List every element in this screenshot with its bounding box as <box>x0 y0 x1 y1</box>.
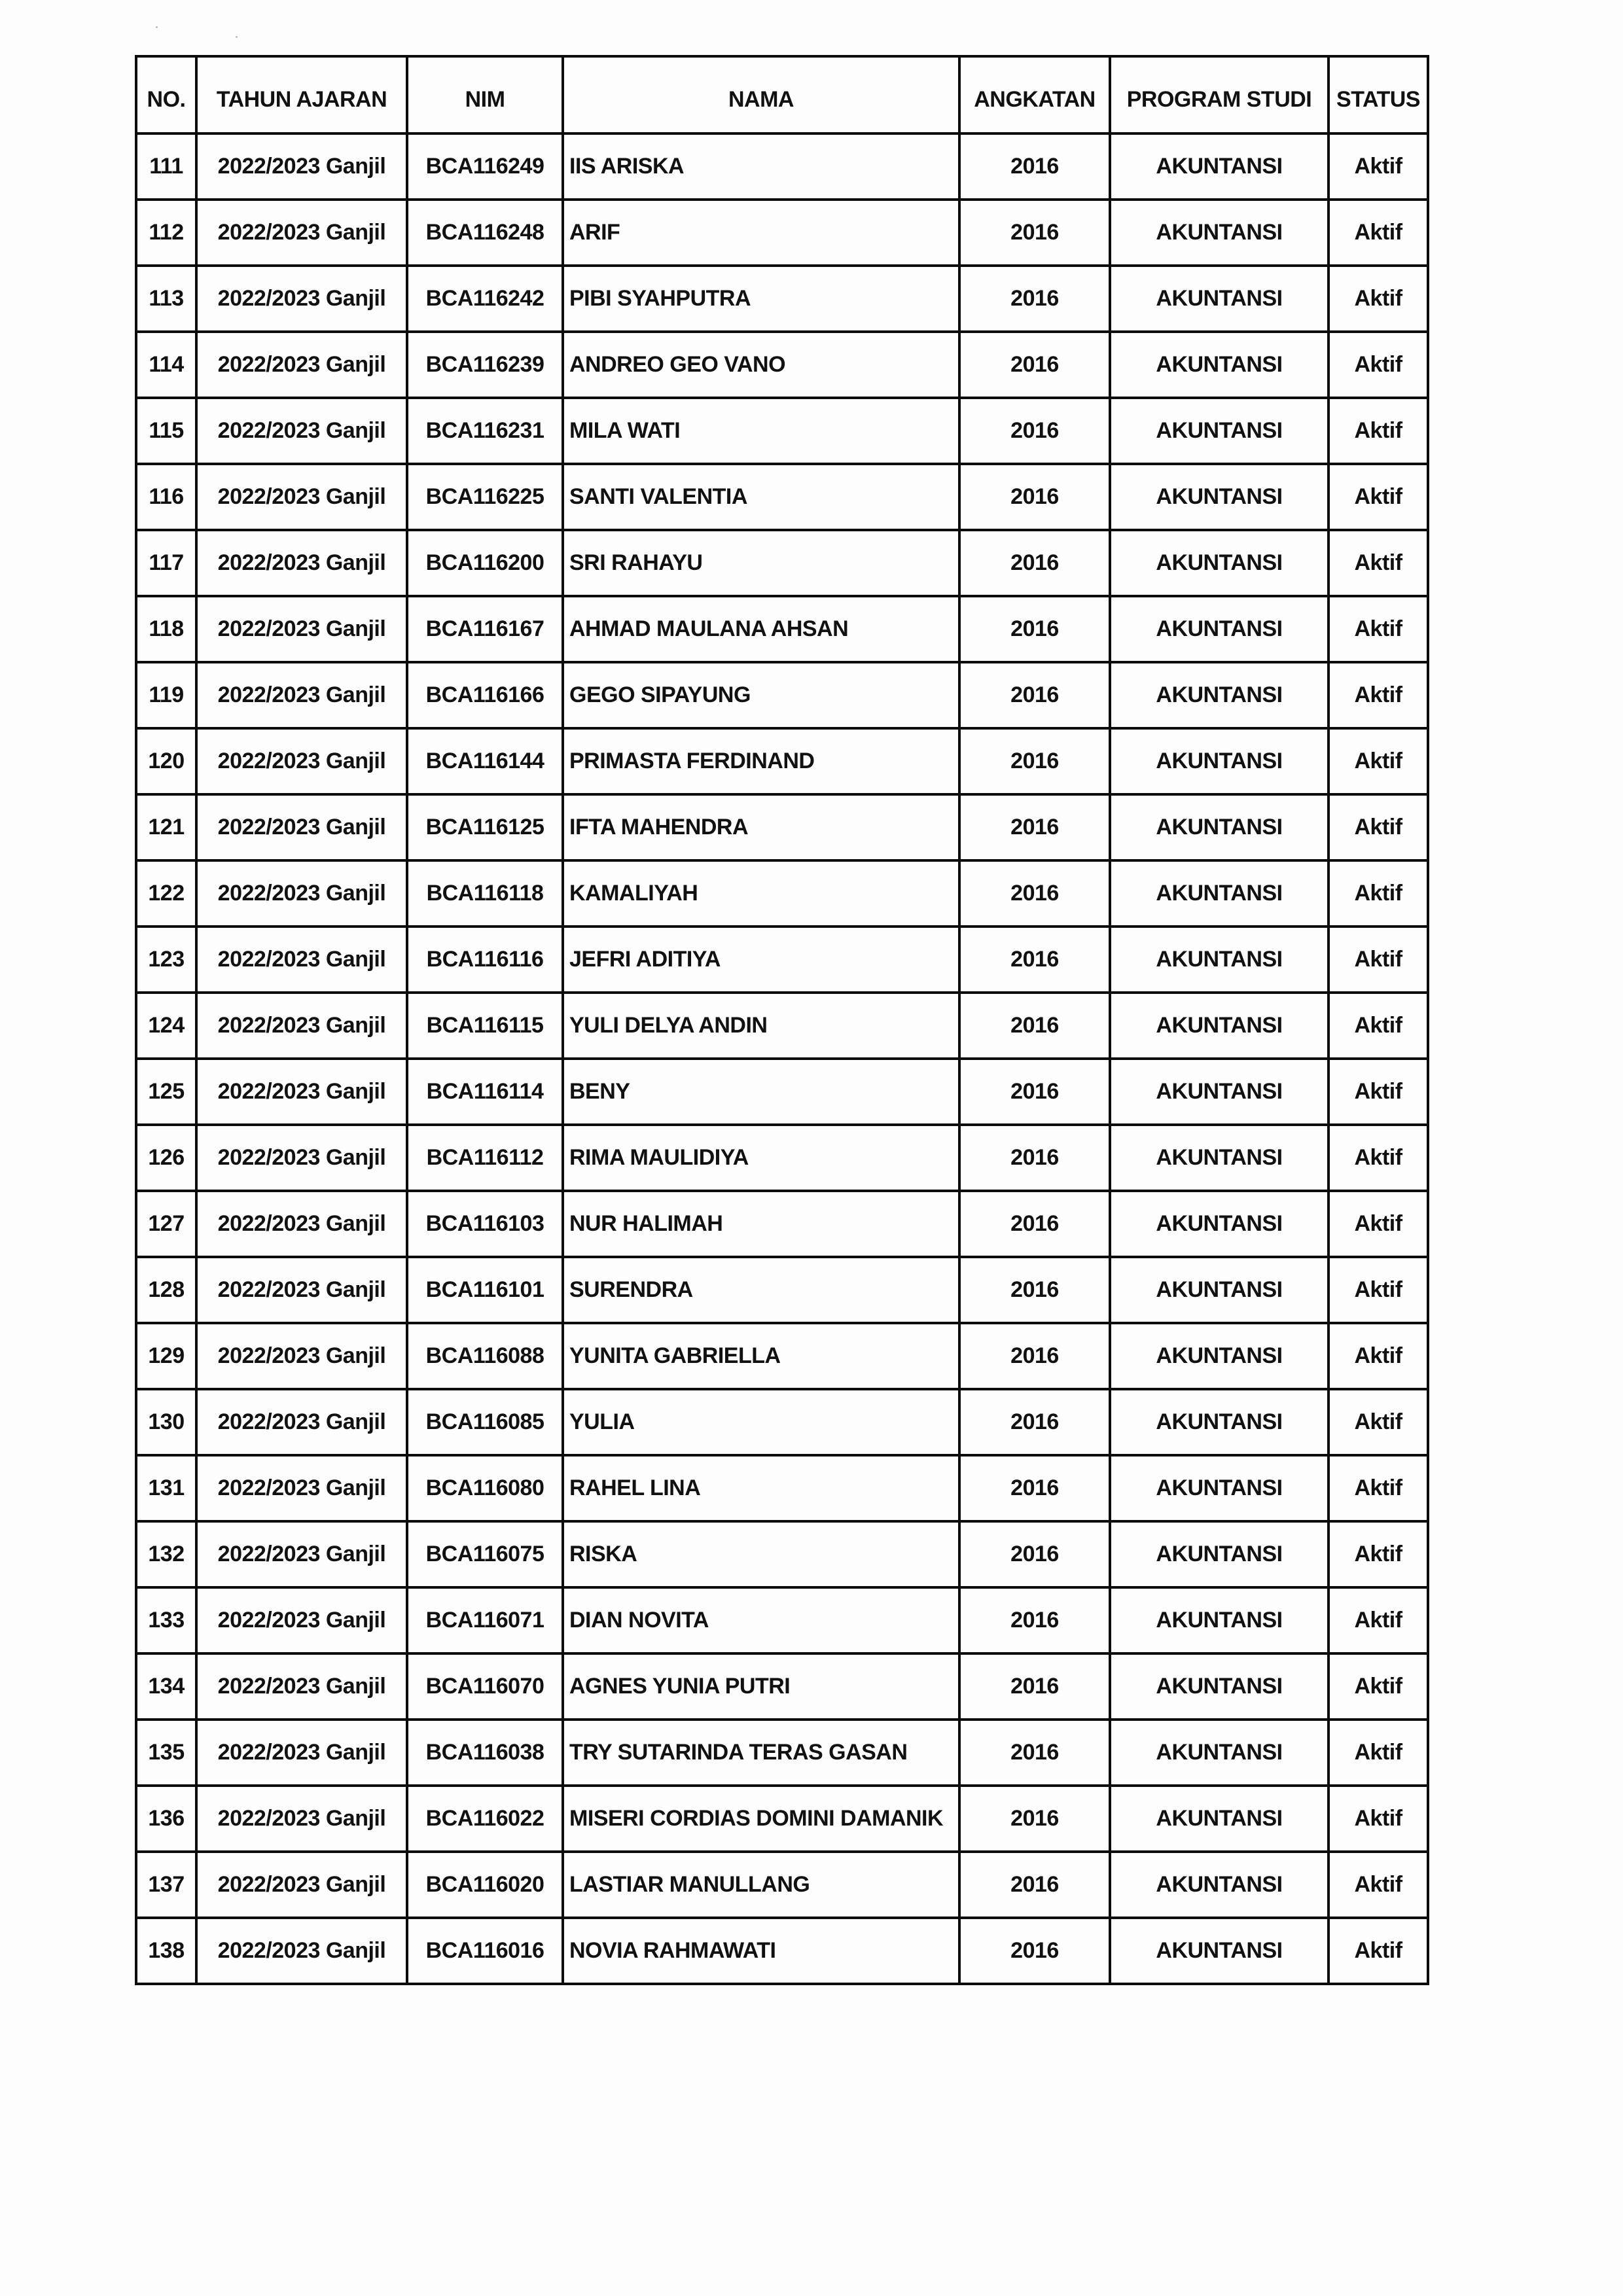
cell-program-studi: AKUNTANSI <box>1110 1257 1329 1323</box>
cell-program-studi: AKUNTANSI <box>1110 927 1329 993</box>
cell-nim: BCA116116 <box>407 927 563 993</box>
cell-no: 114 <box>136 332 196 398</box>
cell-program-studi: AKUNTANSI <box>1110 1059 1329 1125</box>
cell-program-studi: AKUNTANSI <box>1110 200 1329 266</box>
cell-status: Aktif <box>1329 398 1428 464</box>
cell-status: Aktif <box>1329 662 1428 728</box>
cell-nim: BCA116103 <box>407 1191 563 1257</box>
header-no: NO. <box>136 56 196 133</box>
scan-speck <box>156 26 158 28</box>
cell-nama: SANTI VALENTIA <box>563 464 959 530</box>
cell-nama: YULIA <box>563 1389 959 1455</box>
cell-angkatan: 2016 <box>959 133 1110 200</box>
cell-status: Aktif <box>1329 860 1428 927</box>
cell-nim: BCA116242 <box>407 266 563 332</box>
cell-angkatan: 2016 <box>959 1191 1110 1257</box>
table-row: 1182022/2023 GanjilBCA116167AHMAD MAULAN… <box>136 596 1428 662</box>
cell-program-studi: AKUNTANSI <box>1110 398 1329 464</box>
cell-no: 131 <box>136 1455 196 1521</box>
cell-nama: SRI RAHAYU <box>563 530 959 596</box>
cell-nama: MISERI CORDIAS DOMINI DAMANIK <box>563 1786 959 1852</box>
cell-nama: YUNITA GABRIELLA <box>563 1323 959 1389</box>
cell-nama: RIMA MAULIDIYA <box>563 1125 959 1191</box>
table-row: 1122022/2023 GanjilBCA116248ARIF2016AKUN… <box>136 200 1428 266</box>
cell-program-studi: AKUNTANSI <box>1110 1521 1329 1587</box>
cell-nim: BCA116088 <box>407 1323 563 1389</box>
cell-program-studi: AKUNTANSI <box>1110 332 1329 398</box>
cell-angkatan: 2016 <box>959 596 1110 662</box>
cell-status: Aktif <box>1329 1125 1428 1191</box>
cell-angkatan: 2016 <box>959 1455 1110 1521</box>
cell-nim: BCA116239 <box>407 332 563 398</box>
cell-tahun-ajaran: 2022/2023 Ganjil <box>196 1587 407 1653</box>
cell-angkatan: 2016 <box>959 1389 1110 1455</box>
header-nim: NIM <box>407 56 563 133</box>
cell-no: 132 <box>136 1521 196 1587</box>
cell-nim: BCA116022 <box>407 1786 563 1852</box>
cell-nim: BCA116118 <box>407 860 563 927</box>
cell-no: 130 <box>136 1389 196 1455</box>
cell-status: Aktif <box>1329 530 1428 596</box>
cell-nim: BCA116248 <box>407 200 563 266</box>
cell-nama: GEGO SIPAYUNG <box>563 662 959 728</box>
cell-program-studi: AKUNTANSI <box>1110 1653 1329 1720</box>
cell-program-studi: AKUNTANSI <box>1110 1455 1329 1521</box>
table-row: 1172022/2023 GanjilBCA116200SRI RAHAYU20… <box>136 530 1428 596</box>
cell-status: Aktif <box>1329 1191 1428 1257</box>
cell-nim: BCA116016 <box>407 1918 563 1984</box>
table-row: 1222022/2023 GanjilBCA116118KAMALIYAH201… <box>136 860 1428 927</box>
scanned-page: NO. TAHUN AJARAN NIM NAMA ANGKATAN PROGR… <box>0 0 1623 2296</box>
cell-tahun-ajaran: 2022/2023 Ganjil <box>196 1257 407 1323</box>
table-row: 1152022/2023 GanjilBCA116231MILA WATI201… <box>136 398 1428 464</box>
table-row: 1162022/2023 GanjilBCA116225SANTI VALENT… <box>136 464 1428 530</box>
cell-status: Aktif <box>1329 464 1428 530</box>
table-row: 1132022/2023 GanjilBCA116242PIBI SYAHPUT… <box>136 266 1428 332</box>
header-angkatan: ANGKATAN <box>959 56 1110 133</box>
cell-program-studi: AKUNTANSI <box>1110 1191 1329 1257</box>
cell-tahun-ajaran: 2022/2023 Ganjil <box>196 1852 407 1918</box>
cell-status: Aktif <box>1329 1521 1428 1587</box>
cell-nim: BCA116080 <box>407 1455 563 1521</box>
cell-program-studi: AKUNTANSI <box>1110 1852 1329 1918</box>
table-row: 1142022/2023 GanjilBCA116239ANDREO GEO V… <box>136 332 1428 398</box>
cell-nim: BCA116020 <box>407 1852 563 1918</box>
cell-status: Aktif <box>1329 1323 1428 1389</box>
cell-program-studi: AKUNTANSI <box>1110 1587 1329 1653</box>
cell-status: Aktif <box>1329 993 1428 1059</box>
cell-no: 112 <box>136 200 196 266</box>
header-status: STATUS <box>1329 56 1428 133</box>
cell-no: 126 <box>136 1125 196 1191</box>
cell-nim: BCA116200 <box>407 530 563 596</box>
cell-nama: ANDREO GEO VANO <box>563 332 959 398</box>
table-row: 1202022/2023 GanjilBCA116144PRIMASTA FER… <box>136 728 1428 794</box>
cell-tahun-ajaran: 2022/2023 Ganjil <box>196 1918 407 1984</box>
cell-no: 129 <box>136 1323 196 1389</box>
cell-angkatan: 2016 <box>959 794 1110 860</box>
cell-tahun-ajaran: 2022/2023 Ganjil <box>196 266 407 332</box>
cell-program-studi: AKUNTANSI <box>1110 728 1329 794</box>
cell-nim: BCA116167 <box>407 596 563 662</box>
table-row: 1322022/2023 GanjilBCA116075RISKA2016AKU… <box>136 1521 1428 1587</box>
cell-status: Aktif <box>1329 1389 1428 1455</box>
cell-no: 134 <box>136 1653 196 1720</box>
cell-angkatan: 2016 <box>959 860 1110 927</box>
cell-tahun-ajaran: 2022/2023 Ganjil <box>196 993 407 1059</box>
cell-tahun-ajaran: 2022/2023 Ganjil <box>196 728 407 794</box>
cell-tahun-ajaran: 2022/2023 Ganjil <box>196 1125 407 1191</box>
cell-no: 113 <box>136 266 196 332</box>
cell-no: 118 <box>136 596 196 662</box>
cell-tahun-ajaran: 2022/2023 Ganjil <box>196 927 407 993</box>
student-roster-table-wrapper: NO. TAHUN AJARAN NIM NAMA ANGKATAN PROGR… <box>135 55 1427 1985</box>
cell-status: Aktif <box>1329 332 1428 398</box>
cell-no: 128 <box>136 1257 196 1323</box>
cell-status: Aktif <box>1329 1918 1428 1984</box>
cell-program-studi: AKUNTANSI <box>1110 860 1329 927</box>
cell-program-studi: AKUNTANSI <box>1110 1720 1329 1786</box>
cell-status: Aktif <box>1329 1587 1428 1653</box>
student-roster-table: NO. TAHUN AJARAN NIM NAMA ANGKATAN PROGR… <box>135 55 1429 1985</box>
cell-no: 111 <box>136 133 196 200</box>
cell-nama: AHMAD MAULANA AHSAN <box>563 596 959 662</box>
cell-nim: BCA116114 <box>407 1059 563 1125</box>
cell-program-studi: AKUNTANSI <box>1110 794 1329 860</box>
cell-no: 121 <box>136 794 196 860</box>
cell-nama: BENY <box>563 1059 959 1125</box>
cell-angkatan: 2016 <box>959 662 1110 728</box>
cell-status: Aktif <box>1329 927 1428 993</box>
cell-status: Aktif <box>1329 1653 1428 1720</box>
cell-nim: BCA116125 <box>407 794 563 860</box>
cell-nama: KAMALIYAH <box>563 860 959 927</box>
table-row: 1272022/2023 GanjilBCA116103NUR HALIMAH2… <box>136 1191 1428 1257</box>
cell-nama: MILA WATI <box>563 398 959 464</box>
cell-status: Aktif <box>1329 728 1428 794</box>
cell-tahun-ajaran: 2022/2023 Ganjil <box>196 1521 407 1587</box>
cell-angkatan: 2016 <box>959 464 1110 530</box>
cell-no: 115 <box>136 398 196 464</box>
cell-angkatan: 2016 <box>959 1323 1110 1389</box>
cell-no: 125 <box>136 1059 196 1125</box>
cell-status: Aktif <box>1329 266 1428 332</box>
cell-status: Aktif <box>1329 1059 1428 1125</box>
cell-no: 127 <box>136 1191 196 1257</box>
cell-status: Aktif <box>1329 1720 1428 1786</box>
cell-program-studi: AKUNTANSI <box>1110 1918 1329 1984</box>
table-row: 1232022/2023 GanjilBCA116116JEFRI ADITIY… <box>136 927 1428 993</box>
cell-program-studi: AKUNTANSI <box>1110 133 1329 200</box>
table-row: 1252022/2023 GanjilBCA116114BENY2016AKUN… <box>136 1059 1428 1125</box>
cell-no: 122 <box>136 860 196 927</box>
cell-tahun-ajaran: 2022/2023 Ganjil <box>196 662 407 728</box>
cell-angkatan: 2016 <box>959 1653 1110 1720</box>
cell-angkatan: 2016 <box>959 728 1110 794</box>
table-row: 1312022/2023 GanjilBCA116080RAHEL LINA20… <box>136 1455 1428 1521</box>
cell-tahun-ajaran: 2022/2023 Ganjil <box>196 1191 407 1257</box>
cell-tahun-ajaran: 2022/2023 Ganjil <box>196 1720 407 1786</box>
cell-no: 137 <box>136 1852 196 1918</box>
cell-nama: IFTA MAHENDRA <box>563 794 959 860</box>
cell-nim: BCA116038 <box>407 1720 563 1786</box>
cell-tahun-ajaran: 2022/2023 Ganjil <box>196 464 407 530</box>
cell-angkatan: 2016 <box>959 1786 1110 1852</box>
cell-nama: DIAN NOVITA <box>563 1587 959 1653</box>
cell-nama: IIS ARISKA <box>563 133 959 200</box>
cell-program-studi: AKUNTANSI <box>1110 993 1329 1059</box>
cell-tahun-ajaran: 2022/2023 Ganjil <box>196 332 407 398</box>
cell-nama: NUR HALIMAH <box>563 1191 959 1257</box>
cell-program-studi: AKUNTANSI <box>1110 464 1329 530</box>
cell-program-studi: AKUNTANSI <box>1110 1125 1329 1191</box>
cell-angkatan: 2016 <box>959 1125 1110 1191</box>
cell-nim: BCA116070 <box>407 1653 563 1720</box>
cell-nim: BCA116144 <box>407 728 563 794</box>
cell-no: 138 <box>136 1918 196 1984</box>
cell-nama: PIBI SYAHPUTRA <box>563 266 959 332</box>
cell-status: Aktif <box>1329 1786 1428 1852</box>
cell-no: 119 <box>136 662 196 728</box>
cell-program-studi: AKUNTANSI <box>1110 266 1329 332</box>
cell-angkatan: 2016 <box>959 1918 1110 1984</box>
table-row: 1352022/2023 GanjilBCA116038TRY SUTARIND… <box>136 1720 1428 1786</box>
cell-status: Aktif <box>1329 794 1428 860</box>
cell-tahun-ajaran: 2022/2023 Ganjil <box>196 860 407 927</box>
cell-angkatan: 2016 <box>959 927 1110 993</box>
cell-program-studi: AKUNTANSI <box>1110 1786 1329 1852</box>
cell-no: 133 <box>136 1587 196 1653</box>
cell-program-studi: AKUNTANSI <box>1110 662 1329 728</box>
cell-nim: BCA116115 <box>407 993 563 1059</box>
table-row: 1362022/2023 GanjilBCA116022MISERI CORDI… <box>136 1786 1428 1852</box>
cell-no: 124 <box>136 993 196 1059</box>
cell-program-studi: AKUNTANSI <box>1110 1389 1329 1455</box>
cell-nama: YULI DELYA ANDIN <box>563 993 959 1059</box>
cell-nama: TRY SUTARINDA TERAS GASAN <box>563 1720 959 1786</box>
cell-tahun-ajaran: 2022/2023 Ganjil <box>196 1653 407 1720</box>
table-row: 1242022/2023 GanjilBCA116115YULI DELYA A… <box>136 993 1428 1059</box>
cell-nim: BCA116101 <box>407 1257 563 1323</box>
cell-nama: RISKA <box>563 1521 959 1587</box>
cell-status: Aktif <box>1329 133 1428 200</box>
cell-no: 135 <box>136 1720 196 1786</box>
cell-nama: PRIMASTA FERDINAND <box>563 728 959 794</box>
table-body: 1112022/2023 GanjilBCA116249IIS ARISKA20… <box>136 133 1428 1984</box>
cell-angkatan: 2016 <box>959 1720 1110 1786</box>
cell-angkatan: 2016 <box>959 1257 1110 1323</box>
cell-nim: BCA116225 <box>407 464 563 530</box>
cell-no: 120 <box>136 728 196 794</box>
cell-tahun-ajaran: 2022/2023 Ganjil <box>196 133 407 200</box>
cell-status: Aktif <box>1329 1852 1428 1918</box>
header-row: NO. TAHUN AJARAN NIM NAMA ANGKATAN PROGR… <box>136 56 1428 133</box>
cell-tahun-ajaran: 2022/2023 Ganjil <box>196 398 407 464</box>
cell-angkatan: 2016 <box>959 530 1110 596</box>
cell-nim: BCA116166 <box>407 662 563 728</box>
table-row: 1372022/2023 GanjilBCA116020LASTIAR MANU… <box>136 1852 1428 1918</box>
cell-no: 116 <box>136 464 196 530</box>
cell-angkatan: 2016 <box>959 1521 1110 1587</box>
cell-tahun-ajaran: 2022/2023 Ganjil <box>196 1323 407 1389</box>
table-row: 1112022/2023 GanjilBCA116249IIS ARISKA20… <box>136 133 1428 200</box>
cell-angkatan: 2016 <box>959 398 1110 464</box>
cell-tahun-ajaran: 2022/2023 Ganjil <box>196 1786 407 1852</box>
header-nama: NAMA <box>563 56 959 133</box>
cell-nama: ARIF <box>563 200 959 266</box>
cell-tahun-ajaran: 2022/2023 Ganjil <box>196 596 407 662</box>
cell-status: Aktif <box>1329 200 1428 266</box>
table-header: NO. TAHUN AJARAN NIM NAMA ANGKATAN PROGR… <box>136 56 1428 133</box>
cell-tahun-ajaran: 2022/2023 Ganjil <box>196 530 407 596</box>
header-tahun-ajaran: TAHUN AJARAN <box>196 56 407 133</box>
cell-nim: BCA116085 <box>407 1389 563 1455</box>
cell-nama: RAHEL LINA <box>563 1455 959 1521</box>
cell-nama: AGNES YUNIA PUTRI <box>563 1653 959 1720</box>
cell-tahun-ajaran: 2022/2023 Ganjil <box>196 794 407 860</box>
cell-no: 136 <box>136 1786 196 1852</box>
table-row: 1342022/2023 GanjilBCA116070AGNES YUNIA … <box>136 1653 1428 1720</box>
cell-nama: SURENDRA <box>563 1257 959 1323</box>
table-row: 1192022/2023 GanjilBCA116166GEGO SIPAYUN… <box>136 662 1428 728</box>
cell-nim: BCA116071 <box>407 1587 563 1653</box>
cell-tahun-ajaran: 2022/2023 Ganjil <box>196 200 407 266</box>
cell-nim: BCA116231 <box>407 398 563 464</box>
cell-angkatan: 2016 <box>959 993 1110 1059</box>
cell-nama: LASTIAR MANULLANG <box>563 1852 959 1918</box>
table-row: 1302022/2023 GanjilBCA116085YULIA2016AKU… <box>136 1389 1428 1455</box>
table-row: 1292022/2023 GanjilBCA116088YUNITA GABRI… <box>136 1323 1428 1389</box>
table-row: 1382022/2023 GanjilBCA116016NOVIA RAHMAW… <box>136 1918 1428 1984</box>
cell-angkatan: 2016 <box>959 200 1110 266</box>
cell-nim: BCA116075 <box>407 1521 563 1587</box>
table-row: 1332022/2023 GanjilBCA116071DIAN NOVITA2… <box>136 1587 1428 1653</box>
cell-tahun-ajaran: 2022/2023 Ganjil <box>196 1059 407 1125</box>
cell-angkatan: 2016 <box>959 266 1110 332</box>
header-program-studi: PROGRAM STUDI <box>1110 56 1329 133</box>
cell-no: 123 <box>136 927 196 993</box>
cell-program-studi: AKUNTANSI <box>1110 596 1329 662</box>
cell-angkatan: 2016 <box>959 1587 1110 1653</box>
cell-no: 117 <box>136 530 196 596</box>
cell-tahun-ajaran: 2022/2023 Ganjil <box>196 1389 407 1455</box>
cell-program-studi: AKUNTANSI <box>1110 1323 1329 1389</box>
cell-nama: JEFRI ADITIYA <box>563 927 959 993</box>
cell-nama: NOVIA RAHMAWATI <box>563 1918 959 1984</box>
cell-program-studi: AKUNTANSI <box>1110 530 1329 596</box>
cell-angkatan: 2016 <box>959 332 1110 398</box>
table-row: 1262022/2023 GanjilBCA116112RIMA MAULIDI… <box>136 1125 1428 1191</box>
cell-tahun-ajaran: 2022/2023 Ganjil <box>196 1455 407 1521</box>
cell-angkatan: 2016 <box>959 1852 1110 1918</box>
cell-status: Aktif <box>1329 596 1428 662</box>
scan-speck <box>236 36 238 38</box>
cell-nim: BCA116112 <box>407 1125 563 1191</box>
table-row: 1282022/2023 GanjilBCA116101SURENDRA2016… <box>136 1257 1428 1323</box>
cell-status: Aktif <box>1329 1455 1428 1521</box>
cell-status: Aktif <box>1329 1257 1428 1323</box>
cell-nim: BCA116249 <box>407 133 563 200</box>
table-row: 1212022/2023 GanjilBCA116125IFTA MAHENDR… <box>136 794 1428 860</box>
cell-angkatan: 2016 <box>959 1059 1110 1125</box>
